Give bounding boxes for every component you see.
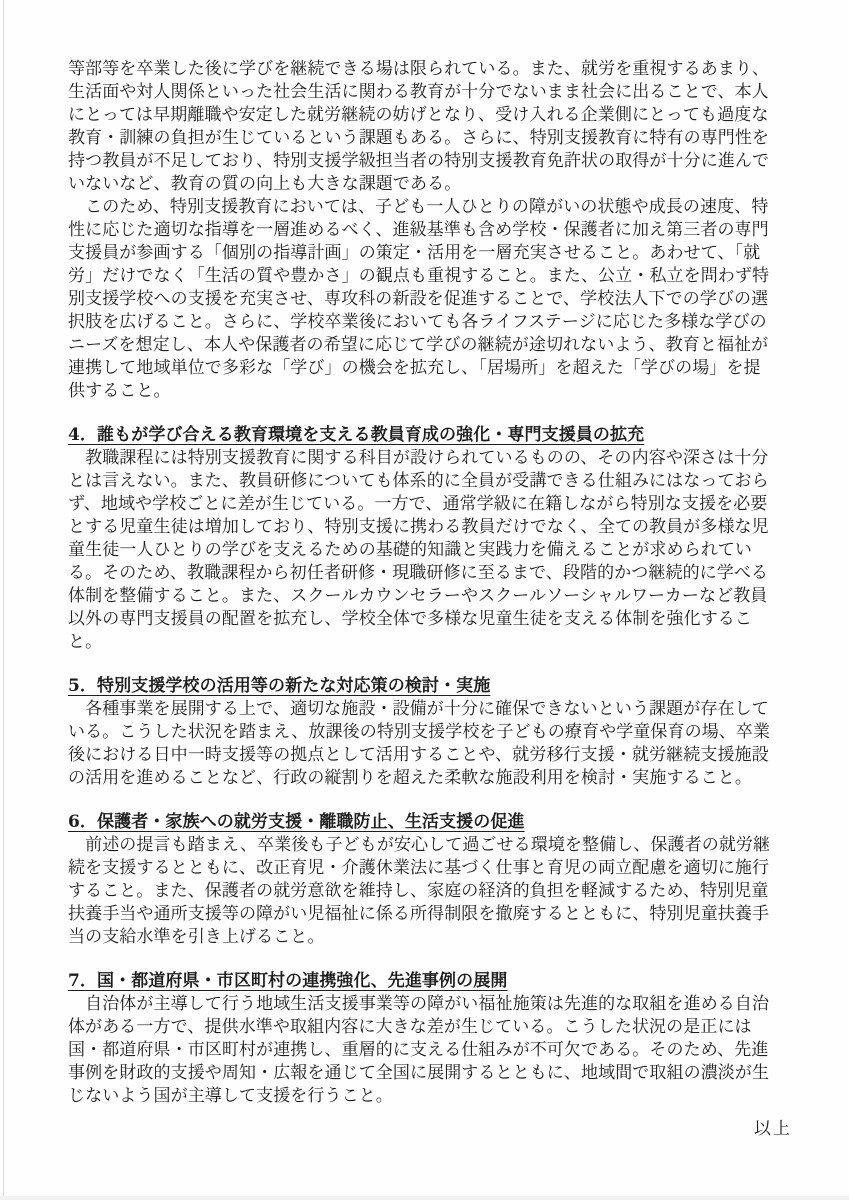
intro-paragraph-proposal: このため、特別支援教育においては、子ども一人ひとりの障がいの状態や成長の速度、特… bbox=[68, 196, 792, 403]
closing-text: 以上 bbox=[68, 1118, 792, 1141]
section-4-heading: 4．誰もが学び合える教育環境を支える教員育成の強化・専門支援員の拡充 bbox=[68, 424, 792, 447]
section-7-body: 自治体が主導して行う地域生活支援事業等の障がい福祉施策は先進的な取組を進める自治… bbox=[68, 993, 792, 1108]
section-7: 7．国・都道府県・市区町村の連携強化、先進事例の展開 自治体が主導して行う地域生… bbox=[68, 970, 792, 1108]
section-7-heading: 7．国・都道府県・市区町村の連携強化、先進事例の展開 bbox=[68, 970, 792, 993]
intro-paragraph-continuation: 等部等を卒業した後に学びを継続できる場は限られている。また、就労を重視するあまり… bbox=[68, 58, 792, 196]
section-6: 6．保護者・家族への就労支援・離職防止、生活支援の促進 前述の提言も踏まえ、卒業… bbox=[68, 811, 792, 949]
section-5-body: 各種事業を展開する上で、適切な施設・設備が十分に確保できないという課題が存在して… bbox=[68, 698, 792, 790]
document-page: 等部等を卒業した後に学びを継続できる場は限られている。また、就労を重視するあまり… bbox=[0, 0, 849, 1200]
section-6-body: 前述の提言も踏まえ、卒業後も子どもが安心して過ごせる環境を整備し、保護者の就労継… bbox=[68, 834, 792, 949]
section-5-heading: 5．特別支援学校の活用等の新たな対応策の検討・実施 bbox=[68, 675, 792, 698]
section-5: 5．特別支援学校の活用等の新たな対応策の検討・実施 各種事業を展開する上で、適切… bbox=[68, 675, 792, 790]
section-4-body: 教職課程には特別支援教育に関する科目が設けられているものの、その内容や深さは十分… bbox=[68, 447, 792, 654]
section-6-heading: 6．保護者・家族への就労支援・離職防止、生活支援の促進 bbox=[68, 811, 792, 834]
section-4: 4．誰もが学び合える教育環境を支える教員育成の強化・専門支援員の拡充 教職課程に… bbox=[68, 424, 792, 654]
